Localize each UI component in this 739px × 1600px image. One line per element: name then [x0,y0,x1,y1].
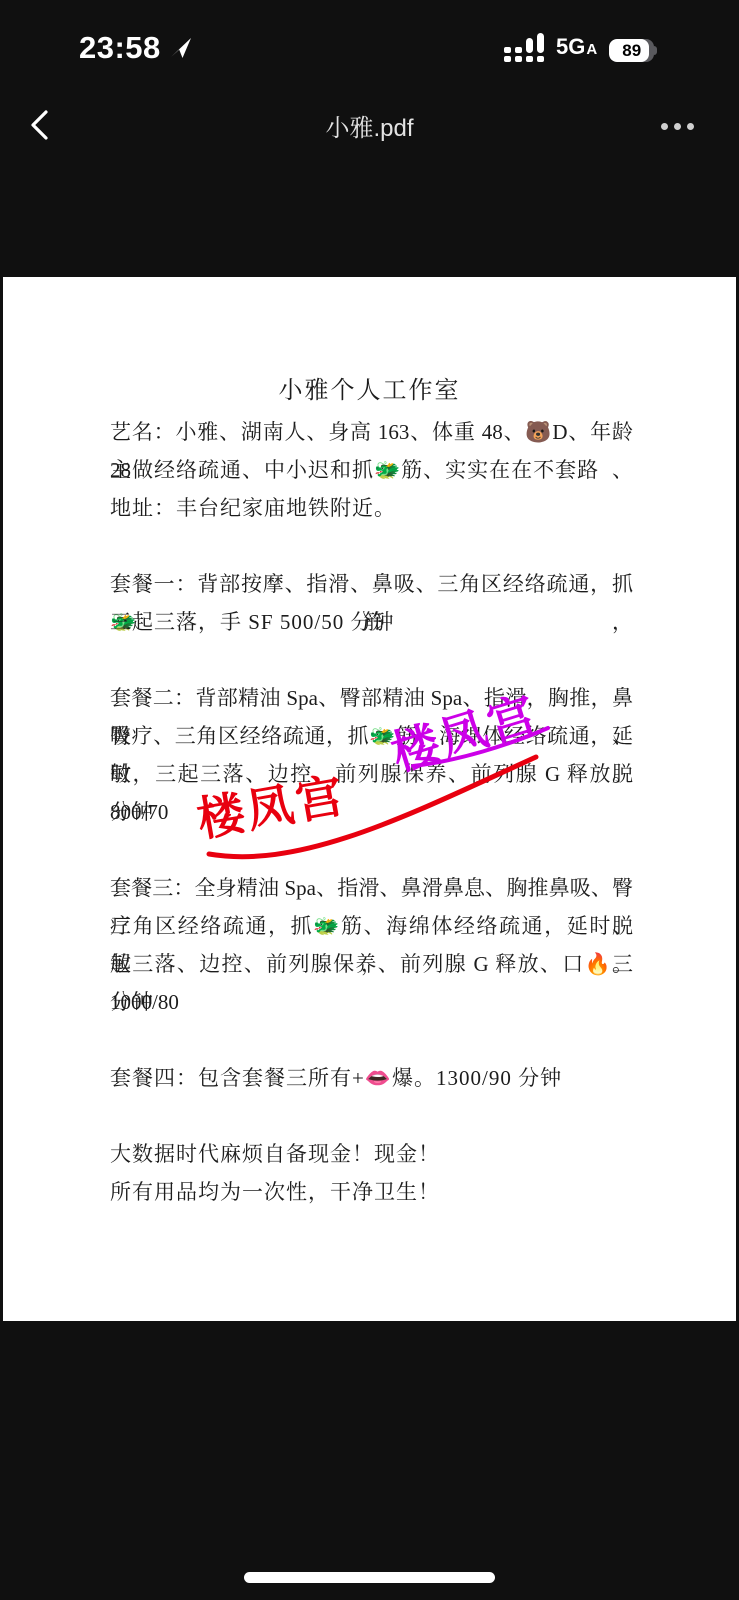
document-line: 大数据时代麻烦自备现金！现金！ [110,1135,633,1173]
clock-label: 23:58 [79,30,161,66]
document-line: 起三落、边控、前列腺保养、前列腺 G 释放、口🔥。1000/80 [110,945,633,983]
document-line: 所有用品均为一次性，干净卫生！ [110,1173,633,1211]
document-line: 臀疗、三角区经络疏通，抓🐲筋、海绵体经络疏通，延时脱 [110,717,633,755]
nav-bar: 小雅.pdf [0,96,739,166]
document-title-label: 小雅.pdf [120,108,619,143]
document-line: 主做经络疏通、中小迟和抓🐲筋、实实在在不套路 [110,451,633,489]
battery-cap [654,46,657,55]
document-line: 分钟 [110,983,633,1021]
document-line: 地址：丰台纪家庙地铁附近。 [110,489,633,527]
document-line: 套餐一：背部按摩、指滑、鼻吸、三角区经络疏通，抓🐲筋， [110,565,633,603]
network-type-label: 5GA [556,33,597,63]
chevron-left-icon [27,108,53,142]
document-line: 敏，三起三落、边控、前列腺保养、前列腺 G 释放。800/70 [110,755,633,793]
document-line: 套餐四：包含套餐三所有+👄爆。1300/90 分钟 [110,1059,633,1097]
location-arrow-icon [169,36,193,60]
document-line: 艺名：小雅、湖南人、身高 163、体重 48、🐻D、年龄 28、 [110,413,633,451]
battery-indicator: 89 [609,39,657,62]
document-line: 三角区经络疏通，抓🐲筋、海绵体经络疏通，延时脱敏，三 [110,907,633,945]
document-paragraph: 套餐二：背部精油 Spa、臀部精油 Spa、指滑，胸推，鼻吸、臀疗、三角区经络疏… [110,679,633,831]
home-indicator[interactable] [244,1572,495,1583]
status-bar: 23:58 5GA 89 [0,0,739,96]
status-bar-right: 5GA 89 [504,33,657,63]
document-paragraph: 套餐一：背部按摩、指滑、鼻吸、三角区经络疏通，抓🐲筋，三起三落，手 SF 500… [110,565,633,641]
back-button[interactable] [16,98,64,154]
document-paragraph: 艺名：小雅、湖南人、身高 163、体重 48、🐻D、年龄 28、主做经络疏通、中… [110,413,633,527]
document-paragraph: 套餐四：包含套餐三所有+👄爆。1300/90 分钟 [110,1059,633,1097]
pdf-page[interactable]: 小雅个人工作室 艺名：小雅、湖南人、身高 163、体重 48、🐻D、年龄 28、… [3,277,736,1321]
document-body: 艺名：小雅、湖南人、身高 163、体重 48、🐻D、年龄 28、主做经络疏通、中… [3,413,736,1211]
document-paragraph: 大数据时代麻烦自备现金！现金！所有用品均为一次性，干净卫生！ [110,1135,633,1211]
phone-screen: 23:58 5GA 89 [0,0,739,1600]
page-title: 小雅个人工作室 [3,277,736,413]
more-button[interactable] [649,106,705,146]
document-line: 套餐三：全身精油 Spa、指滑、鼻滑鼻息、胸推鼻吸、臀疗、 [110,869,633,907]
document-line: 分钟 [110,793,633,831]
cellular-signal-icon [504,35,544,63]
ellipsis-icon [661,123,668,130]
battery-percent-label: 89 [609,39,654,62]
document-line: 套餐二：背部精油 Spa、臀部精油 Spa、指滑，胸推，鼻吸、 [110,679,633,717]
document-paragraph: 套餐三：全身精油 Spa、指滑、鼻滑鼻息、胸推鼻吸、臀疗、三角区经络疏通，抓🐲筋… [110,869,633,1021]
